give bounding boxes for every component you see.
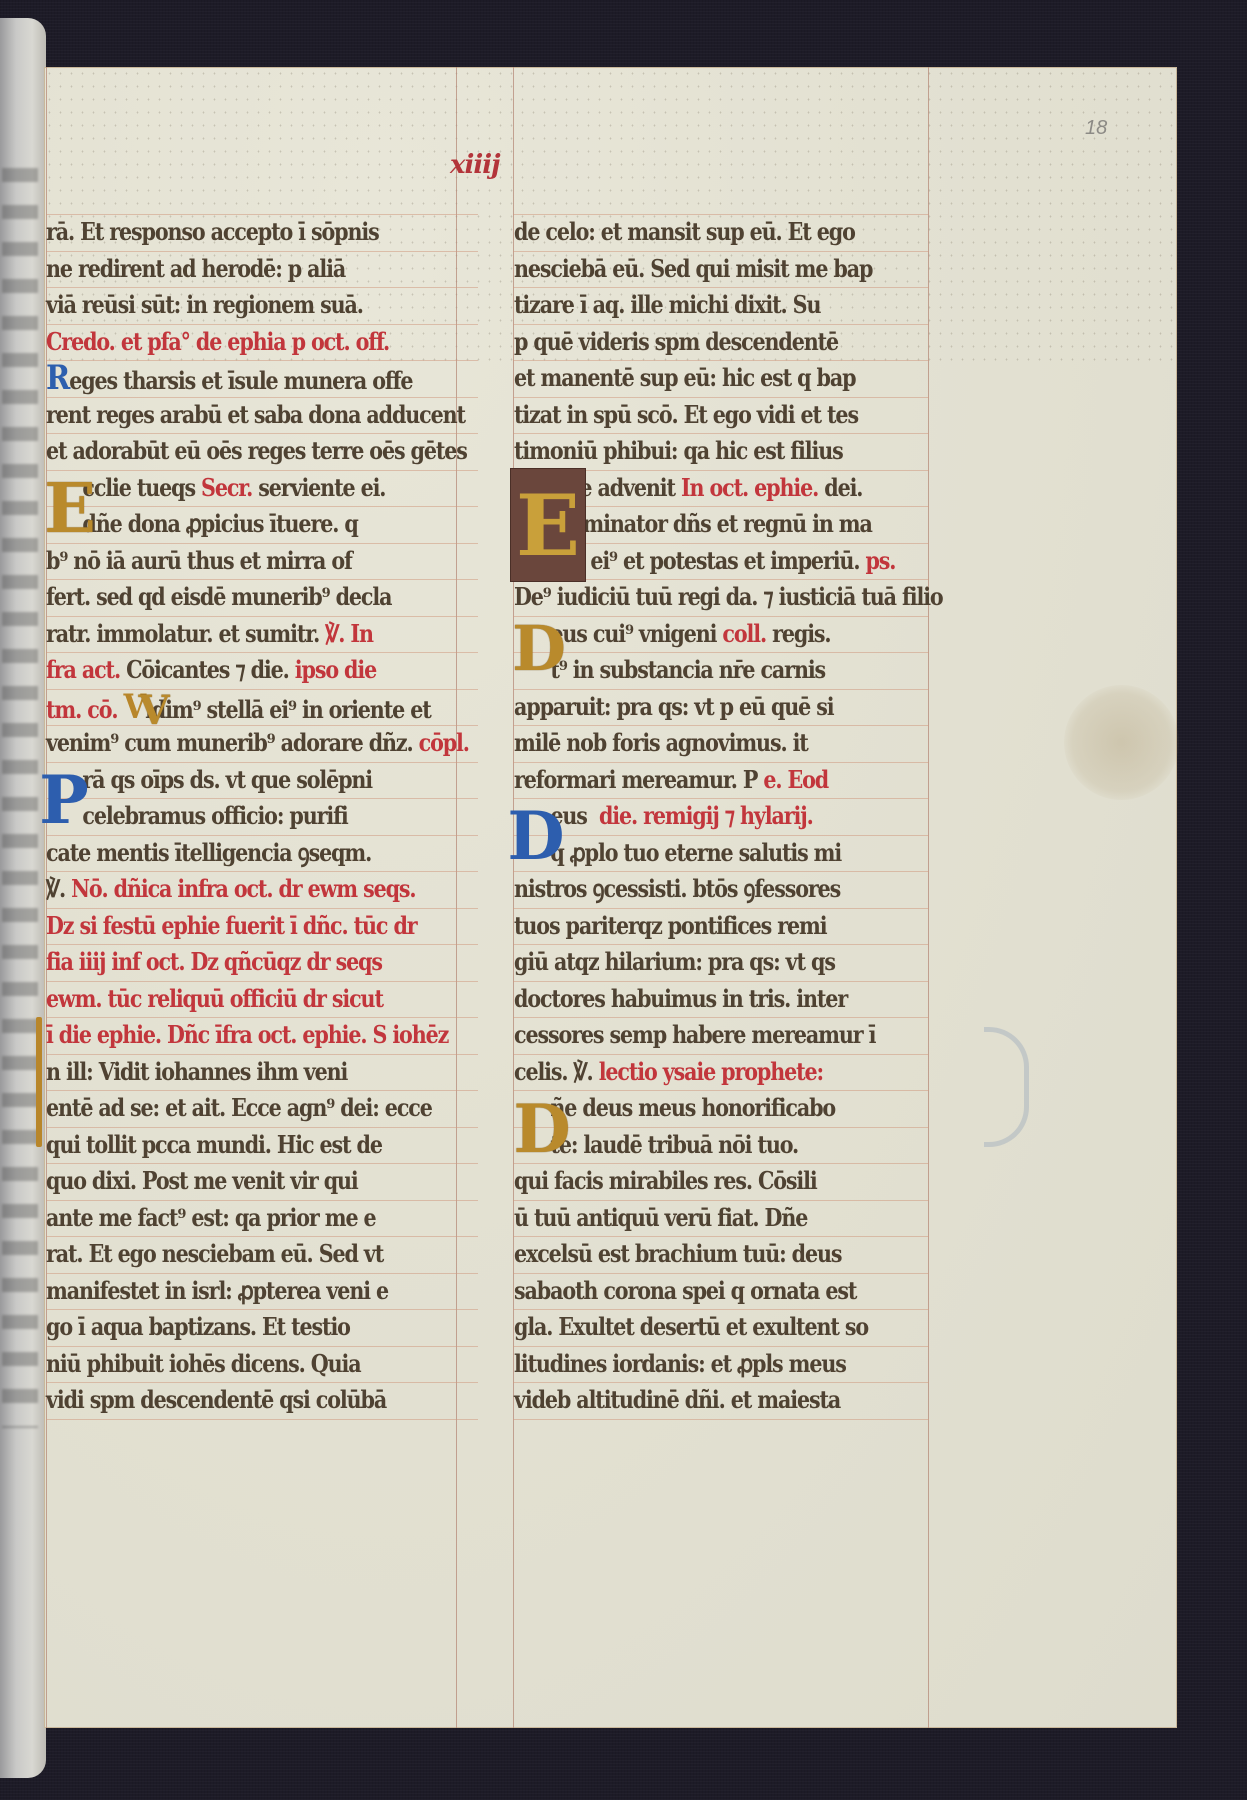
body-text: milē nob foris agnovimus. it bbox=[514, 728, 808, 757]
body-text: rat. Et ego nesciebam eū. Sed vt bbox=[46, 1239, 383, 1268]
adjacent-page-edge bbox=[0, 18, 46, 1778]
body-text: sabaoth corona spei q ornata est bbox=[514, 1276, 856, 1305]
body-text: ne redirent ad herodē: p aliā bbox=[46, 254, 345, 283]
rubric-text: ipso die bbox=[295, 655, 376, 684]
text-line: fra act. Cōicantes ⁊ die. ipso die bbox=[46, 652, 418, 689]
text-line: et adorabūt eū oēs reges terre oēs gētes bbox=[46, 433, 418, 470]
body-text: vidi spm descendentē qsi colūbā bbox=[46, 1385, 386, 1414]
initial-D-blue: D bbox=[496, 800, 576, 872]
body-text: n ill: Vidit iohannes ihm veni bbox=[46, 1057, 347, 1086]
body-text: apparuit: pra qs: vt p eū quē si bbox=[514, 692, 833, 721]
body-text: doctores habuimus in tris. inter bbox=[514, 984, 847, 1013]
text-line: giū atqz hilarium: pra qs: vt qs bbox=[514, 944, 901, 981]
text-line: fert. sed qd eisdē munerib⁹ decla bbox=[46, 579, 418, 616]
text-line: timoniū phibui: qa hic est filius bbox=[514, 433, 901, 470]
rubric-text: tm. cō. bbox=[46, 695, 124, 724]
rubric-text: fia iiij inf oct. Dz qñcūqz dr seqs bbox=[46, 947, 382, 976]
text-line: quo dixi. Post me venit vir qui bbox=[46, 1163, 418, 1200]
body-text: manifestet in isrl: ꝓpterea veni e bbox=[46, 1276, 388, 1305]
initial-D-gold-lectio: D bbox=[502, 1095, 582, 1163]
body-text: nesciebā eū. Sed qui misit me bap bbox=[514, 254, 872, 283]
body-text: celis. ℣. bbox=[514, 1057, 599, 1086]
margin-gold-bar bbox=[36, 1017, 42, 1147]
body-text: ℣. bbox=[46, 874, 71, 903]
body-text: litudines iordanis: et ꝓpls meus bbox=[514, 1349, 846, 1378]
text-line: cate mentis ītelligencia ꝯseqm. bbox=[46, 835, 418, 872]
body-text: rent reges arabū et saba dona adducent bbox=[46, 400, 465, 429]
text-line: apparuit: pra qs: vt p eū quē si bbox=[514, 689, 901, 726]
rubric-text: cōpl. bbox=[419, 728, 469, 757]
rubric-text: ī die ephie. Dñc īfra oct. ephie. S iohē… bbox=[46, 1020, 448, 1049]
initial-P-blue: P bbox=[36, 764, 92, 836]
body-text: eges tharsis et īsule munera offe bbox=[69, 366, 412, 395]
text-line: ū tuū antiquū verū fiat. Dñe bbox=[514, 1200, 901, 1237]
text-line: rā qs oīps ds. vt que solēpni bbox=[46, 762, 418, 799]
text-line: manifestet in isrl: ꝓpterea veni e bbox=[46, 1273, 418, 1310]
body-text: qui facis mirabiles res. Cōsili bbox=[514, 1166, 817, 1195]
folio-number: 18 bbox=[1085, 117, 1107, 140]
rubric-text: e. Eod bbox=[757, 765, 828, 794]
body-text: de celo: et mansit sup eū. Et ego bbox=[514, 217, 855, 246]
text-line: sabaoth corona spei q ornata est bbox=[514, 1273, 901, 1310]
text-column-left: rā. Et responso accepto ī sōpnisne redir… bbox=[46, 214, 478, 1419]
body-text: p quē videris spm descendentē bbox=[514, 327, 838, 356]
text-line: celebramus officio: purifi bbox=[46, 798, 418, 835]
initial-V-gold: V bbox=[132, 690, 176, 730]
initial-E-framed-gold: E bbox=[510, 468, 586, 582]
rubric-text: coll. bbox=[722, 619, 766, 648]
text-line: ratr. immolatur. et sumitr. ℣. In bbox=[46, 616, 418, 653]
body-text: et manentē sup eū: hic est q bap bbox=[514, 363, 855, 392]
text-line: tuos pariterqz pontifices remi bbox=[514, 908, 901, 945]
body-text: P bbox=[743, 765, 757, 794]
body-text: ante me fact⁹ est: qa prior me e bbox=[46, 1203, 376, 1232]
text-line: litudines iordanis: et ꝓpls meus bbox=[514, 1346, 901, 1383]
initial-D-gold: D bbox=[502, 618, 576, 678]
body-text: Cōicantes ⁊ die. bbox=[126, 655, 295, 684]
rubric-text: fra act. bbox=[46, 655, 126, 684]
text-line: doctores habuimus in tris. inter bbox=[514, 981, 901, 1018]
body-text: excelsū est brachium tuū: deus bbox=[514, 1239, 841, 1268]
body-text: entē ad se: et ait. Ecce agn⁹ dei: ecce bbox=[46, 1093, 432, 1122]
text-line: Reges tharsis et īsule munera offe bbox=[46, 360, 418, 397]
margin-stain bbox=[1064, 685, 1179, 800]
text-line: b⁹ nō iā aurū thus et mirra of bbox=[46, 543, 418, 580]
ruling-horizontal bbox=[513, 1419, 929, 1420]
text-line: qui facis mirabiles res. Cōsili bbox=[514, 1163, 901, 1200]
body-text: serviente ei. bbox=[252, 473, 385, 502]
text-line: celis. ℣. lectio ysaie prophete: bbox=[514, 1054, 901, 1091]
text-line: milē nob foris agnovimus. it bbox=[514, 725, 901, 762]
body-text: viā reūsi sūt: in regionem suā. bbox=[46, 290, 363, 319]
rubric-text: Dz si festū ephie fuerit ī dñc. tūc dr bbox=[46, 911, 417, 940]
body-text: tizat in spū scō. Et ego vidi et tes bbox=[514, 400, 858, 429]
body-text: De⁹ iudiciū tuū regi da. ⁊ iusticiā tuā … bbox=[514, 582, 943, 611]
body-text: videb altitudinē dñi. et maiesta bbox=[514, 1385, 840, 1414]
text-line: go ī aqua baptizans. Et testio bbox=[46, 1309, 418, 1346]
text-line: venim⁹ cum munerib⁹ adorare dñz. cōpl. bbox=[46, 725, 418, 762]
text-line: fia iiij inf oct. Dz qñcūqz dr seqs bbox=[46, 944, 418, 981]
rubric-text: In oct. ephie. bbox=[681, 473, 818, 502]
text-line: tizare ī aq. ille michi dixit. Su bbox=[514, 287, 901, 324]
text-line: ī die ephie. Dñc īfra oct. ephie. S iohē… bbox=[46, 1017, 418, 1054]
text-line: reformari mereamur. P e. Eod bbox=[514, 762, 901, 799]
text-line: p quē videris spm descendentē bbox=[514, 324, 901, 361]
text-line: entē ad se: et ait. Ecce agn⁹ dei: ecce bbox=[46, 1090, 418, 1127]
body-text: ū tuū antiquū verū fiat. Dñe bbox=[514, 1203, 807, 1232]
rubric-text: ewm. tūc reliquū officiū dr sicut bbox=[46, 984, 383, 1013]
body-text: timoniū phibui: qa hic est filius bbox=[514, 436, 843, 465]
text-line: nistros ꝯcessisti. btōs ꝯfessores bbox=[514, 871, 901, 908]
body-text: go ī aqua baptizans. Et testio bbox=[46, 1312, 350, 1341]
body-text: cessores semp habere mereamur ī bbox=[514, 1020, 875, 1049]
text-line: niū phibuit iohēs dicens. Quia bbox=[46, 1346, 418, 1383]
text-line: excelsū est brachium tuū: deus bbox=[514, 1236, 901, 1273]
body-text: gla. Exultet desertū et exultent so bbox=[514, 1312, 868, 1341]
text-line: rat. Et ego nesciebam eū. Sed vt bbox=[46, 1236, 418, 1273]
text-line: ewm. tūc reliquū officiū dr sicut bbox=[46, 981, 418, 1018]
text-line: rent reges arabū et saba dona adducent bbox=[46, 397, 418, 434]
body-text: dei. bbox=[818, 473, 862, 502]
body-text: reformari mereamur. bbox=[514, 765, 743, 794]
text-line: rā. Et responso accepto ī sōpnis bbox=[46, 214, 418, 251]
rubric-text: Secr. bbox=[201, 473, 252, 502]
text-line: vidi spm descendentē qsi colūbā bbox=[46, 1382, 418, 1419]
body-text: et adorabūt eū oēs reges terre oēs gētes bbox=[46, 436, 467, 465]
initial-E-gold: E bbox=[38, 474, 102, 544]
running-head: xiiij bbox=[450, 150, 500, 180]
text-line: cessores semp habere mereamur ī bbox=[514, 1017, 901, 1054]
text-line: ℣. Nō. dñica infra oct. dr ewm seqs. bbox=[46, 871, 418, 908]
body-text: quo dixi. Post me venit vir qui bbox=[46, 1166, 358, 1195]
ruling-horizontal bbox=[46, 1419, 478, 1420]
adjacent-page-text-blur bbox=[2, 168, 38, 1428]
small-initial: R bbox=[46, 358, 69, 398]
text-line: viā reūsi sūt: in regionem suā. bbox=[46, 287, 418, 324]
body-text: b⁹ nō iā aurū thus et mirra of bbox=[46, 546, 352, 575]
body-text: regis. bbox=[766, 619, 830, 648]
text-line: ante me fact⁹ est: qa prior me e bbox=[46, 1200, 418, 1237]
body-text: ratr. immolatur. et sumitr. bbox=[46, 619, 325, 648]
rubric-text: Nō. dñica infra oct. dr ewm seqs. bbox=[71, 874, 415, 903]
body-text: niū phibuit iohēs dicens. Quia bbox=[46, 1349, 361, 1378]
rubric-text: die. remigij ⁊ hylarij. bbox=[599, 801, 813, 830]
rubric-text: Credo. et pfa° de ephia p oct. off. bbox=[46, 327, 389, 356]
body-text: giū atqz hilarium: pra qs: vt qs bbox=[514, 947, 835, 976]
rubric-text: lectio ysaie prophete: bbox=[599, 1057, 823, 1086]
text-line: et manentē sup eū: hic est q bap bbox=[514, 360, 901, 397]
body-text: fert. sed qd eisdē munerib⁹ decla bbox=[46, 582, 391, 611]
bleed-through-mark bbox=[984, 1027, 1029, 1147]
body-text: rā. Et responso accepto ī sōpnis bbox=[46, 217, 379, 246]
text-line: tizat in spū scō. Et ego vidi et tes bbox=[514, 397, 901, 434]
text-column-right: de celo: et mansit sup eū. Et egonescieb… bbox=[514, 214, 964, 1419]
text-line: De⁹ iudiciū tuū regi da. ⁊ iusticiā tuā … bbox=[514, 579, 901, 616]
rubric-text: ℣. In bbox=[325, 619, 373, 648]
text-line: Credo. et pfa° de ephia p oct. off. bbox=[46, 324, 418, 361]
rubric-text: ps. bbox=[865, 546, 895, 575]
text-line: n ill: Vidit iohannes ihm veni bbox=[46, 1054, 418, 1091]
body-text: idim⁹ stellā ei⁹ in oriente et bbox=[145, 695, 431, 724]
body-text: tuos pariterqz pontifices remi bbox=[514, 911, 826, 940]
body-text: nistros ꝯcessisti. btōs ꝯfessores bbox=[514, 874, 840, 903]
text-line: de celo: et mansit sup eū. Et ego bbox=[514, 214, 901, 251]
body-text: tizare ī aq. ille michi dixit. Su bbox=[514, 290, 820, 319]
text-line: qui tollit pcca mundi. Hic est de bbox=[46, 1127, 418, 1164]
text-line: tm. cō. Vidim⁹ stellā ei⁹ in oriente et bbox=[46, 689, 418, 726]
body-text: rā qs oīps ds. vt que solēpni bbox=[46, 765, 372, 794]
text-line: nesciebā eū. Sed qui misit me bap bbox=[514, 251, 901, 288]
text-line: Dz si festū ephie fuerit ī dñc. tūc dr bbox=[46, 908, 418, 945]
text-line: videb altitudinē dñi. et maiesta bbox=[514, 1382, 901, 1419]
body-text: qui tollit pcca mundi. Hic est de bbox=[46, 1130, 382, 1159]
text-line: ne redirent ad herodē: p aliā bbox=[46, 251, 418, 288]
body-text: cate mentis ītelligencia ꝯseqm. bbox=[46, 838, 371, 867]
text-line: gla. Exultet desertū et exultent so bbox=[514, 1309, 901, 1346]
body-text: venim⁹ cum munerib⁹ adorare dñz. bbox=[46, 728, 419, 757]
